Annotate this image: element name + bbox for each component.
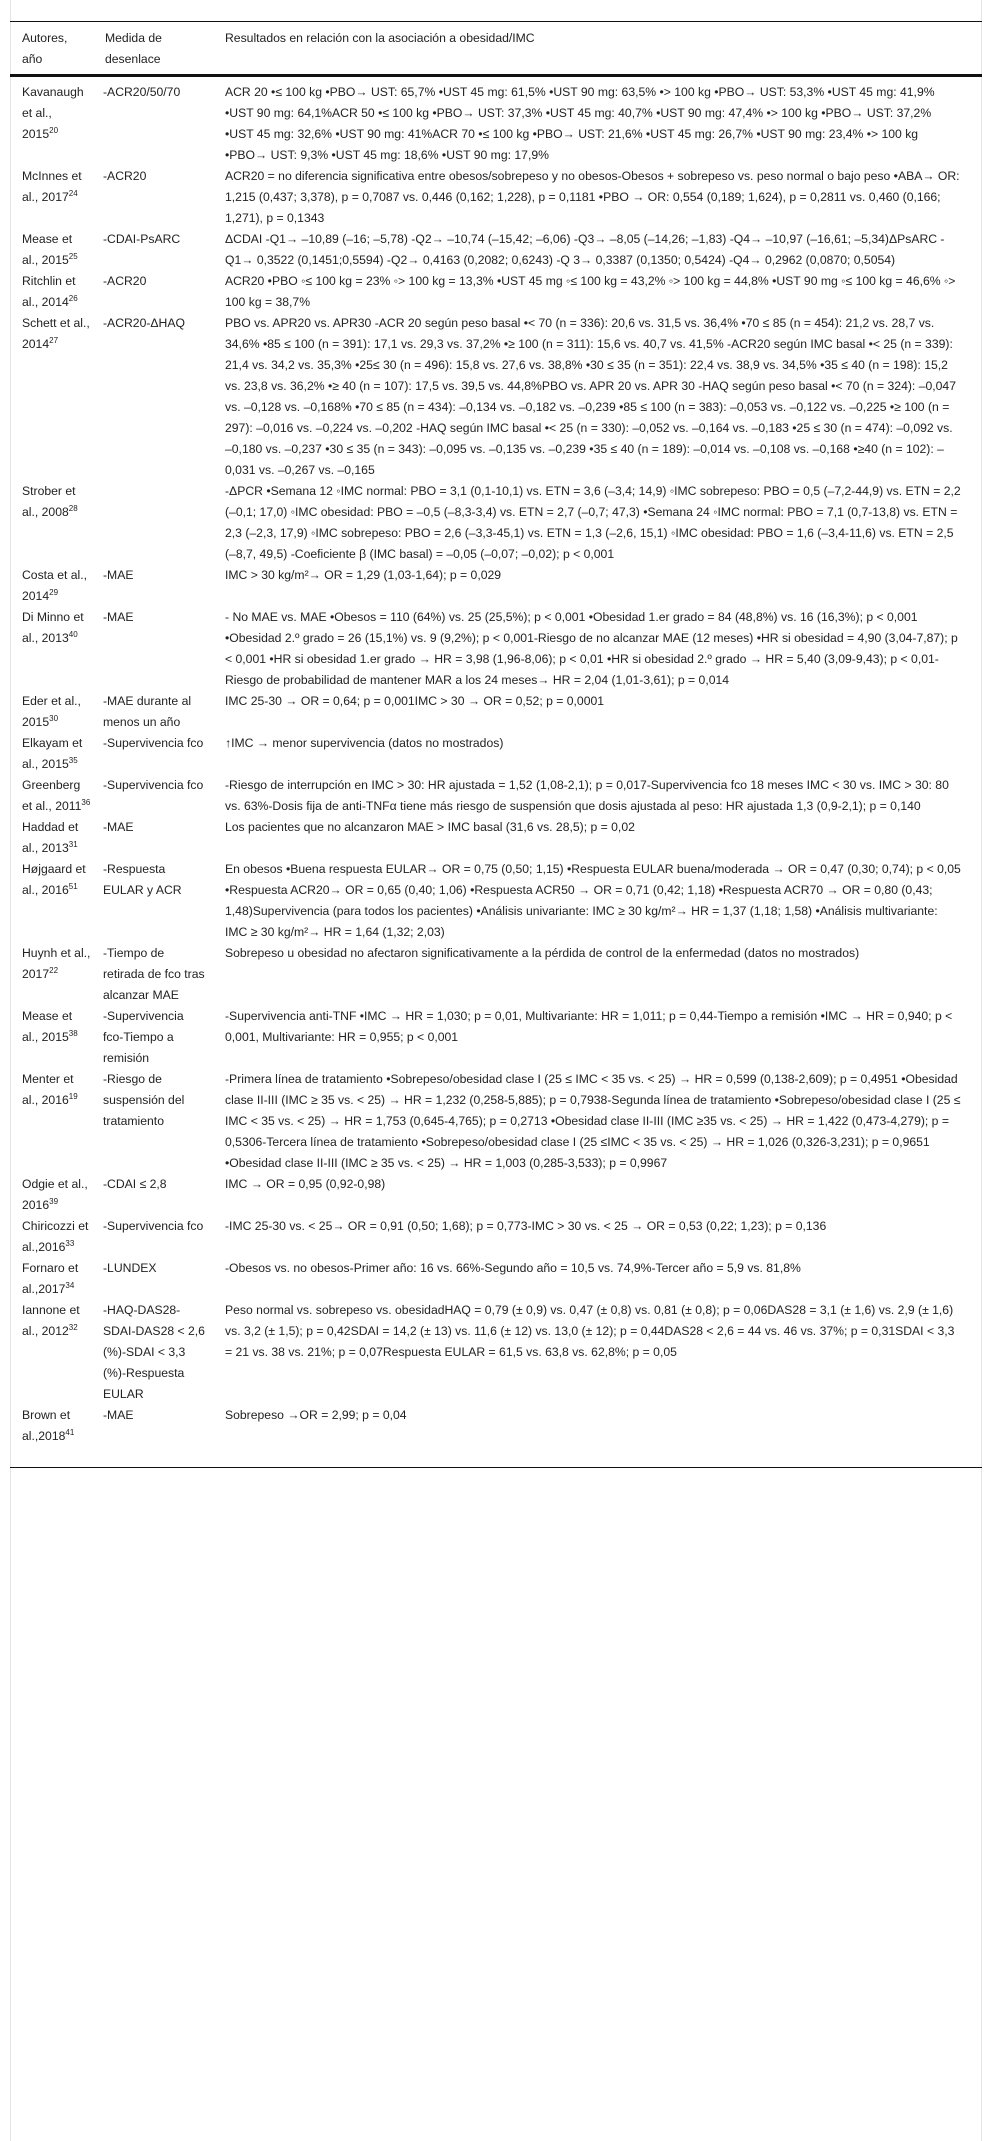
author-cell: Strober et al., 200828 — [10, 481, 93, 565]
table-row: McInnes et al., 201724-ACR20ACR20 = no d… — [10, 166, 982, 229]
outcome-cell: -Supervivencia fco — [93, 1216, 213, 1258]
outcome-cell: -HAQ-DAS28-SDAI-DAS28 < 2,6 (%)-SDAI < 3… — [93, 1300, 213, 1405]
result-cell: -IMC 25-30 vs. < 25→ OR = 0,91 (0,50; 1,… — [213, 1216, 982, 1258]
table-header-row: Autores, año Medida de desenlace Resulta… — [10, 22, 982, 76]
result-cell: -Supervivencia anti-TNF •IMC → HR = 1,03… — [213, 1006, 982, 1069]
reference-number: 19 — [69, 1092, 78, 1101]
author-text: Menter et al., 2016 — [22, 1072, 73, 1107]
result-cell: ACR20 = no diferencia significativa entr… — [213, 166, 982, 229]
table-row: Strober et al., 200828-ΔPCR •Semana 12 ◦… — [10, 481, 982, 565]
author-text: Mease et al., 2015 — [22, 232, 72, 267]
reference-number: 39 — [49, 1197, 58, 1206]
author-cell: Brown et al.,201841 — [10, 1405, 93, 1468]
reference-number: 29 — [49, 588, 58, 597]
reference-number: 22 — [49, 966, 58, 975]
result-cell: Los pacientes que no alcanzaron MAE > IM… — [213, 817, 982, 859]
author-text: Fornaro et al.,2017 — [22, 1261, 78, 1296]
table-row: Schett et al., 201427-ACR20-ΔHAQPBO vs. … — [10, 313, 982, 481]
table-row: Brown et al.,201841-MAESobrepeso →OR = 2… — [10, 1405, 982, 1468]
outcome-cell: -MAE durante al menos un año — [93, 691, 213, 733]
author-cell: Huynh et al., 201722 — [10, 943, 93, 1006]
table-row: Di Minno et al., 201340-MAE- No MAE vs. … — [10, 607, 982, 691]
reference-number: 25 — [69, 252, 78, 261]
table-row: Mease et al., 201538-Supervivencia fco-T… — [10, 1006, 982, 1069]
result-cell: -ΔPCR •Semana 12 ◦IMC normal: PBO = 3,1 … — [213, 481, 982, 565]
author-cell: Ritchlin et al., 201426 — [10, 271, 93, 313]
author-text: Mease et al., 2015 — [22, 1009, 72, 1044]
header-authors: Autores, año — [10, 22, 93, 76]
table-row: Greenberg et al., 201136-Supervivencia f… — [10, 775, 982, 817]
outcome-cell: -Supervivencia fco-Tiempo a remisión — [93, 1006, 213, 1069]
author-cell: Mease et al., 201538 — [10, 1006, 93, 1069]
result-cell: - No MAE vs. MAE •Obesos = 110 (64%) vs.… — [213, 607, 982, 691]
reference-number: 32 — [69, 1323, 78, 1332]
table-row: Ritchlin et al., 201426-ACR20ACR20 •PBO … — [10, 271, 982, 313]
result-cell: ΔCDAI -Q1→ –10,89 (–16; –5,78) -Q2→ –10,… — [213, 229, 982, 271]
reference-number: 28 — [69, 504, 78, 513]
reference-number: 26 — [69, 294, 78, 303]
reference-number: 38 — [69, 1029, 78, 1038]
table-row: Haddad et al., 201331-MAELos pacientes q… — [10, 817, 982, 859]
reference-number: 34 — [65, 1281, 74, 1290]
author-cell: Elkayam et al., 201535 — [10, 733, 93, 775]
header-results: Resultados en relación con la asociación… — [213, 22, 982, 76]
author-text: Iannone et al., 2012 — [22, 1303, 80, 1338]
result-cell: ACR 20 •≤ 100 kg •PBO→ UST: 65,7% •UST 4… — [213, 76, 982, 167]
author-text: Odgie et al., 2016 — [22, 1177, 88, 1212]
outcome-cell: -CDAI ≤ 2,8 — [93, 1174, 213, 1216]
author-cell: McInnes et al., 201724 — [10, 166, 93, 229]
reference-number: 27 — [49, 336, 58, 345]
author-text: Costa et al., 2014 — [22, 568, 87, 603]
result-cell: En obesos •Buena respuesta EULAR→ OR = 0… — [213, 859, 982, 943]
author-cell: Eder et al., 201530 — [10, 691, 93, 733]
author-text: Højgaard et al., 2016 — [22, 862, 86, 897]
author-cell: Odgie et al., 201639 — [10, 1174, 93, 1216]
result-cell: -Primera línea de tratamiento •Sobrepeso… — [213, 1069, 982, 1174]
author-cell: Menter et al., 201619 — [10, 1069, 93, 1174]
table-row: Chiricozzi et al.,201633-Supervivencia f… — [10, 1216, 982, 1258]
outcome-cell: -ACR20-ΔHAQ — [93, 313, 213, 481]
result-cell: Sobrepeso →OR = 2,99; p = 0,04 — [213, 1405, 982, 1468]
author-text: Brown et al.,2018 — [22, 1408, 70, 1443]
table-row: Costa et al., 201429-MAEIMC > 30 kg/m²→ … — [10, 565, 982, 607]
author-cell: Di Minno et al., 201340 — [10, 607, 93, 691]
table-row: Eder et al., 201530-MAE durante al menos… — [10, 691, 982, 733]
reference-number: 31 — [69, 840, 78, 849]
reference-number: 30 — [49, 714, 58, 723]
author-text: Huynh et al., 2017 — [22, 946, 90, 981]
outcome-cell — [93, 481, 213, 565]
author-cell: Greenberg et al., 201136 — [10, 775, 93, 817]
outcome-cell: -Tiempo de retirada de fco tras alcanzar… — [93, 943, 213, 1006]
author-text: Strober et al., 2008 — [22, 484, 76, 519]
result-cell: Peso normal vs. sobrepeso vs. obesidadHA… — [213, 1300, 982, 1405]
table-row: Iannone et al., 201232-HAQ-DAS28-SDAI-DA… — [10, 1300, 982, 1405]
outcome-cell: -MAE — [93, 607, 213, 691]
header-outcome: Medida de desenlace — [93, 22, 213, 76]
outcome-cell: -ACR20/50/70 — [93, 76, 213, 167]
author-cell: Schett et al., 201427 — [10, 313, 93, 481]
author-text: Elkayam et al., 2015 — [22, 736, 82, 771]
author-cell: Kavanaugh et al., 201520 — [10, 76, 93, 167]
author-text: Ritchlin et al., 2014 — [22, 274, 76, 309]
result-cell: IMC → OR = 0,95 (0,92-0,98) — [213, 1174, 982, 1216]
author-cell: Højgaard et al., 201651 — [10, 859, 93, 943]
result-cell: PBO vs. APR20 vs. APR30 -ACR 20 según pe… — [213, 313, 982, 481]
author-cell: Mease et al., 201525 — [10, 229, 93, 271]
reference-number: 24 — [69, 189, 78, 198]
outcome-cell: -Supervivencia fco — [93, 775, 213, 817]
reference-number: 33 — [65, 1239, 74, 1248]
result-cell: -Riesgo de interrupción en IMC > 30: HR … — [213, 775, 982, 817]
result-cell: IMC 25-30 → OR = 0,64; p = 0,001IMC > 30… — [213, 691, 982, 733]
table-row: Menter et al., 201619-Riesgo de suspensi… — [10, 1069, 982, 1174]
table-row: Huynh et al., 201722-Tiempo de retirada … — [10, 943, 982, 1006]
table-row: Odgie et al., 201639-CDAI ≤ 2,8IMC → OR … — [10, 1174, 982, 1216]
result-cell: ACR20 •PBO ◦≤ 100 kg = 23% ◦> 100 kg = 1… — [213, 271, 982, 313]
author-text: McInnes et al., 2017 — [22, 169, 82, 204]
reference-number: 36 — [81, 798, 90, 807]
author-text: Chiricozzi et al.,2016 — [22, 1219, 88, 1254]
outcome-cell: -MAE — [93, 1405, 213, 1468]
author-text: Di Minno et al., 2013 — [22, 610, 84, 645]
results-table: Autores, año Medida de desenlace Resulta… — [10, 21, 982, 1468]
table-row: Mease et al., 201525-CDAI-PsARCΔCDAI -Q1… — [10, 229, 982, 271]
author-text: Schett et al., 2014 — [22, 316, 90, 351]
author-cell: Costa et al., 201429 — [10, 565, 93, 607]
result-cell: ↑IMC → menor supervivencia (datos no mos… — [213, 733, 982, 775]
outcome-cell: -MAE — [93, 565, 213, 607]
outcome-cell: -ACR20 — [93, 166, 213, 229]
outcome-cell: -LUNDEX — [93, 1258, 213, 1300]
table-row: Kavanaugh et al., 201520-ACR20/50/70ACR … — [10, 76, 982, 167]
outcome-cell: -MAE — [93, 817, 213, 859]
author-text: Eder et al., 2015 — [22, 694, 81, 729]
reference-number: 40 — [69, 630, 78, 639]
reference-number: 20 — [49, 126, 58, 135]
outcome-cell: -Riesgo de suspensión del tratamiento — [93, 1069, 213, 1174]
author-cell: Fornaro et al.,201734 — [10, 1258, 93, 1300]
result-cell: -Obesos vs. no obesos-Primer año: 16 vs.… — [213, 1258, 982, 1300]
author-text: Haddad et al., 2013 — [22, 820, 78, 855]
reference-number: 35 — [69, 756, 78, 765]
table-row: Fornaro et al.,201734-LUNDEX-Obesos vs. … — [10, 1258, 982, 1300]
reference-number: 41 — [65, 1428, 74, 1437]
table-row: Højgaard et al., 201651-Respuesta EULAR … — [10, 859, 982, 943]
author-text: Greenberg et al., 2011 — [22, 778, 81, 813]
result-cell: IMC > 30 kg/m²→ OR = 1,29 (1,03-1,64); p… — [213, 565, 982, 607]
outcome-cell: -Supervivencia fco — [93, 733, 213, 775]
author-cell: Haddad et al., 201331 — [10, 817, 93, 859]
author-cell: Iannone et al., 201232 — [10, 1300, 93, 1405]
outcome-cell: -ACR20 — [93, 271, 213, 313]
author-cell: Chiricozzi et al.,201633 — [10, 1216, 93, 1258]
outcome-cell: -Respuesta EULAR y ACR — [93, 859, 213, 943]
table-row: Elkayam et al., 201535-Supervivencia fco… — [10, 733, 982, 775]
reference-number: 51 — [69, 882, 78, 891]
outcome-cell: -CDAI-PsARC — [93, 229, 213, 271]
result-cell: Sobrepeso u obesidad no afectaron signif… — [213, 943, 982, 1006]
